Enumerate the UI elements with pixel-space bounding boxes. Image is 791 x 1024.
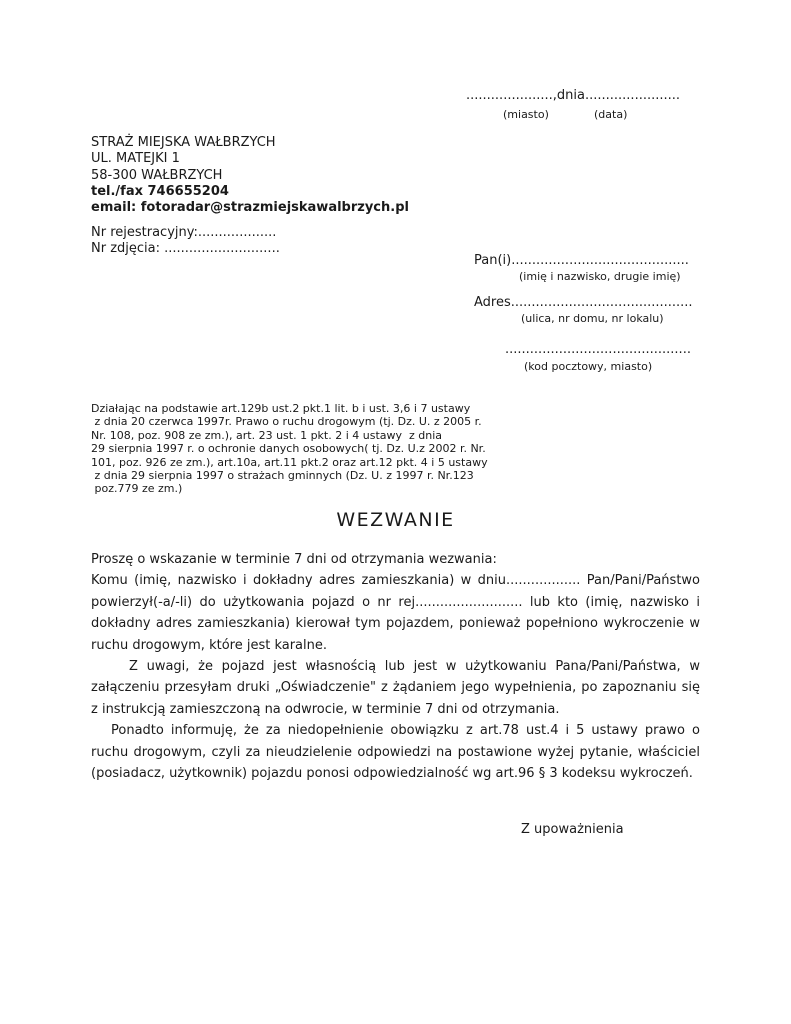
document-title: WEZWANIE bbox=[0, 509, 791, 531]
sender-postal-city: 58-300 WAŁBRZYCH bbox=[91, 168, 409, 184]
recipient-address-caption: (ulica, nr domu, nr lokalu) bbox=[521, 312, 664, 325]
recipient-postal-line: ........................................… bbox=[505, 342, 691, 357]
case-reference-block: Nr rejestracyjny:................... Nr … bbox=[91, 225, 280, 258]
signature-line: Z upoważnienia bbox=[521, 822, 624, 837]
intro-line: Proszę o wskazanie w terminie 7 dni od o… bbox=[91, 549, 700, 570]
body-paragraph-2: Z uwagi, że pojazd jest własnością lub j… bbox=[91, 656, 700, 720]
sender-name: STRAŻ MIEJSKA WAŁBRZYCH bbox=[91, 135, 409, 151]
sender-street: UL. MATEJKI 1 bbox=[91, 151, 409, 167]
recipient-name-line: Pan(i)..................................… bbox=[474, 253, 689, 268]
sender-phone: tel./fax 746655204 bbox=[91, 184, 409, 200]
registration-number-line: Nr rejestracyjny:................... bbox=[91, 225, 280, 241]
photo-number-line: Nr zdjęcia: ............................ bbox=[91, 241, 280, 257]
date-line: .....................,dnia..............… bbox=[466, 88, 680, 103]
body-paragraph-1: Komu (imię, nazwisko i dokładny adres za… bbox=[91, 570, 700, 656]
body-paragraph-3: Ponadto informuję, że za niedopełnienie … bbox=[91, 720, 700, 784]
sender-block: STRAŻ MIEJSKA WAŁBRZYCH UL. MATEJKI 1 58… bbox=[91, 135, 409, 216]
legal-basis-paragraph: Działając na podstawie art.129b ust.2 pk… bbox=[91, 402, 611, 496]
recipient-name-caption: (imię i nazwisko, drugie imię) bbox=[519, 270, 681, 283]
recipient-postal-caption: (kod pocztowy, miasto) bbox=[524, 360, 652, 373]
recipient-address-line: Adres...................................… bbox=[474, 295, 693, 310]
body-text: Proszę o wskazanie w terminie 7 dni od o… bbox=[91, 549, 700, 784]
date-caption: (data) bbox=[594, 108, 627, 121]
document-page: .....................,dnia..............… bbox=[0, 0, 791, 1024]
city-caption: (miasto) bbox=[503, 108, 549, 121]
sender-email: email: fotoradar@strazmiejskawalbrzych.p… bbox=[91, 200, 409, 216]
